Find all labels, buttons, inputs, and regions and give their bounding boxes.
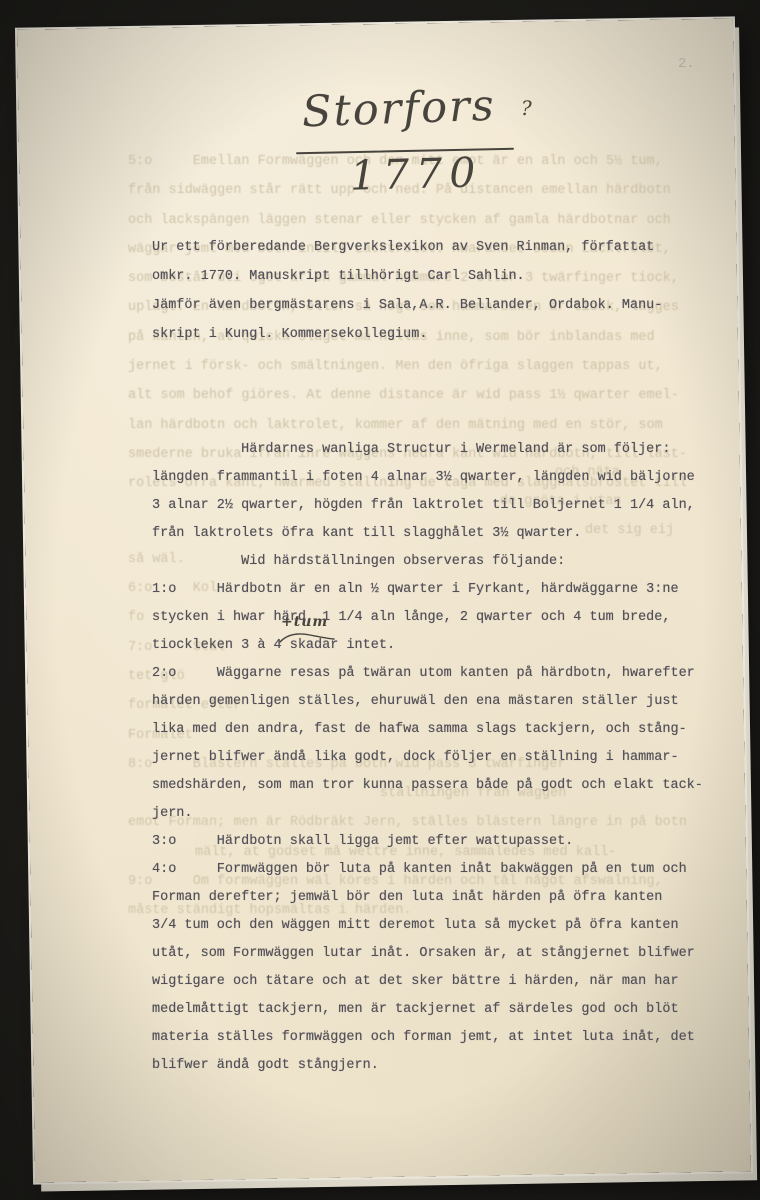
paper-texture: [17, 18, 751, 1182]
scanned-paper-sheet: [17, 18, 751, 1182]
